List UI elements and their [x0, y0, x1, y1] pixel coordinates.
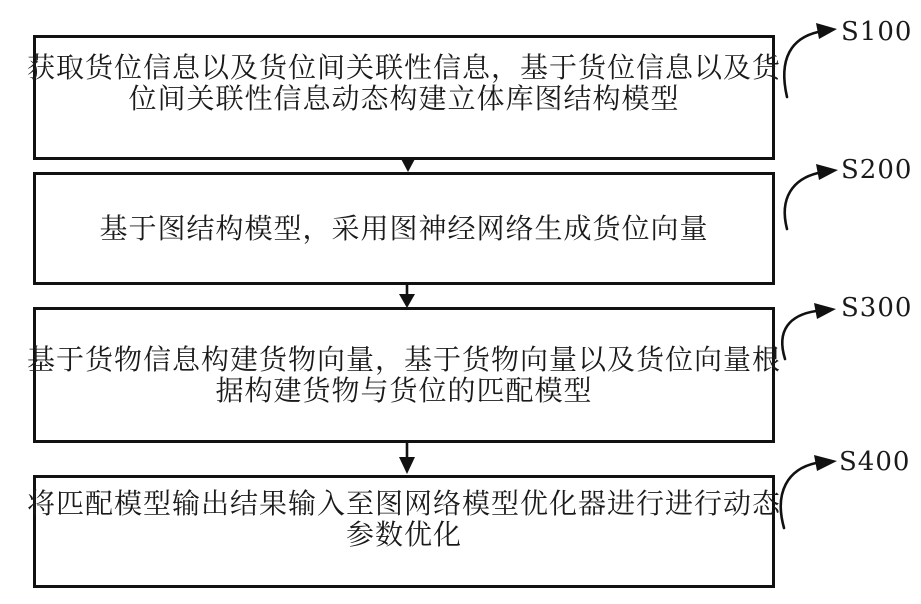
reference-arrow-s100 — [784, 23, 837, 97]
step-s100-box: 获取货位信息以及货位间关联性信息，基于货位信息以及货 位间关联性信息动态构建立体… — [33, 35, 775, 160]
reference-arrow-s200 — [785, 164, 838, 229]
step-s100-text-line-2: 位间关联性信息动态构建立体库图结构模型 — [128, 83, 679, 114]
flowchart-figure: 获取货位信息以及货位间关联性信息，基于货位信息以及货 位间关联性信息动态构建立体… — [0, 0, 921, 604]
step-label-s300: S300 — [841, 294, 912, 322]
step-s400-box: 将匹配模型输出结果输入至图网络模型优化器进行进行动态 参数优化 — [33, 475, 775, 588]
step-s400-text-line-1: 将匹配模型输出结果输入至图网络模型优化器进行进行动态 — [27, 488, 781, 519]
reference-arrow-s300 — [782, 303, 836, 359]
step-label-s100: S100 — [841, 18, 912, 46]
step-s200-box: 基于图结构模型，采用图神经网络生成货位向量 — [33, 172, 775, 285]
step-label-s400: S400 — [839, 448, 910, 476]
step-s400-text-line-2: 参数优化 — [346, 519, 462, 550]
step-s300-text-line-2: 据构建货物与货位的匹配模型 — [215, 375, 592, 406]
step-s200-text-line-1: 基于图结构模型，采用图神经网络生成货位向量 — [99, 213, 708, 244]
arrow-step3-to-step4 — [399, 443, 415, 474]
step-s300-text-line-1: 基于货物信息构建货物向量，基于货物向量以及货位向量根 — [27, 344, 781, 375]
step-s300-box: 基于货物信息构建货物向量，基于货物向量以及货位向量根 据构建货物与货位的匹配模型 — [33, 307, 775, 443]
step-s100-text-line-1: 获取货位信息以及货位间关联性信息，基于货位信息以及货 — [27, 52, 781, 83]
step-label-s200: S200 — [841, 156, 912, 184]
arrow-step2-to-step3 — [399, 285, 415, 308]
reference-arrow-s400 — [781, 455, 837, 528]
